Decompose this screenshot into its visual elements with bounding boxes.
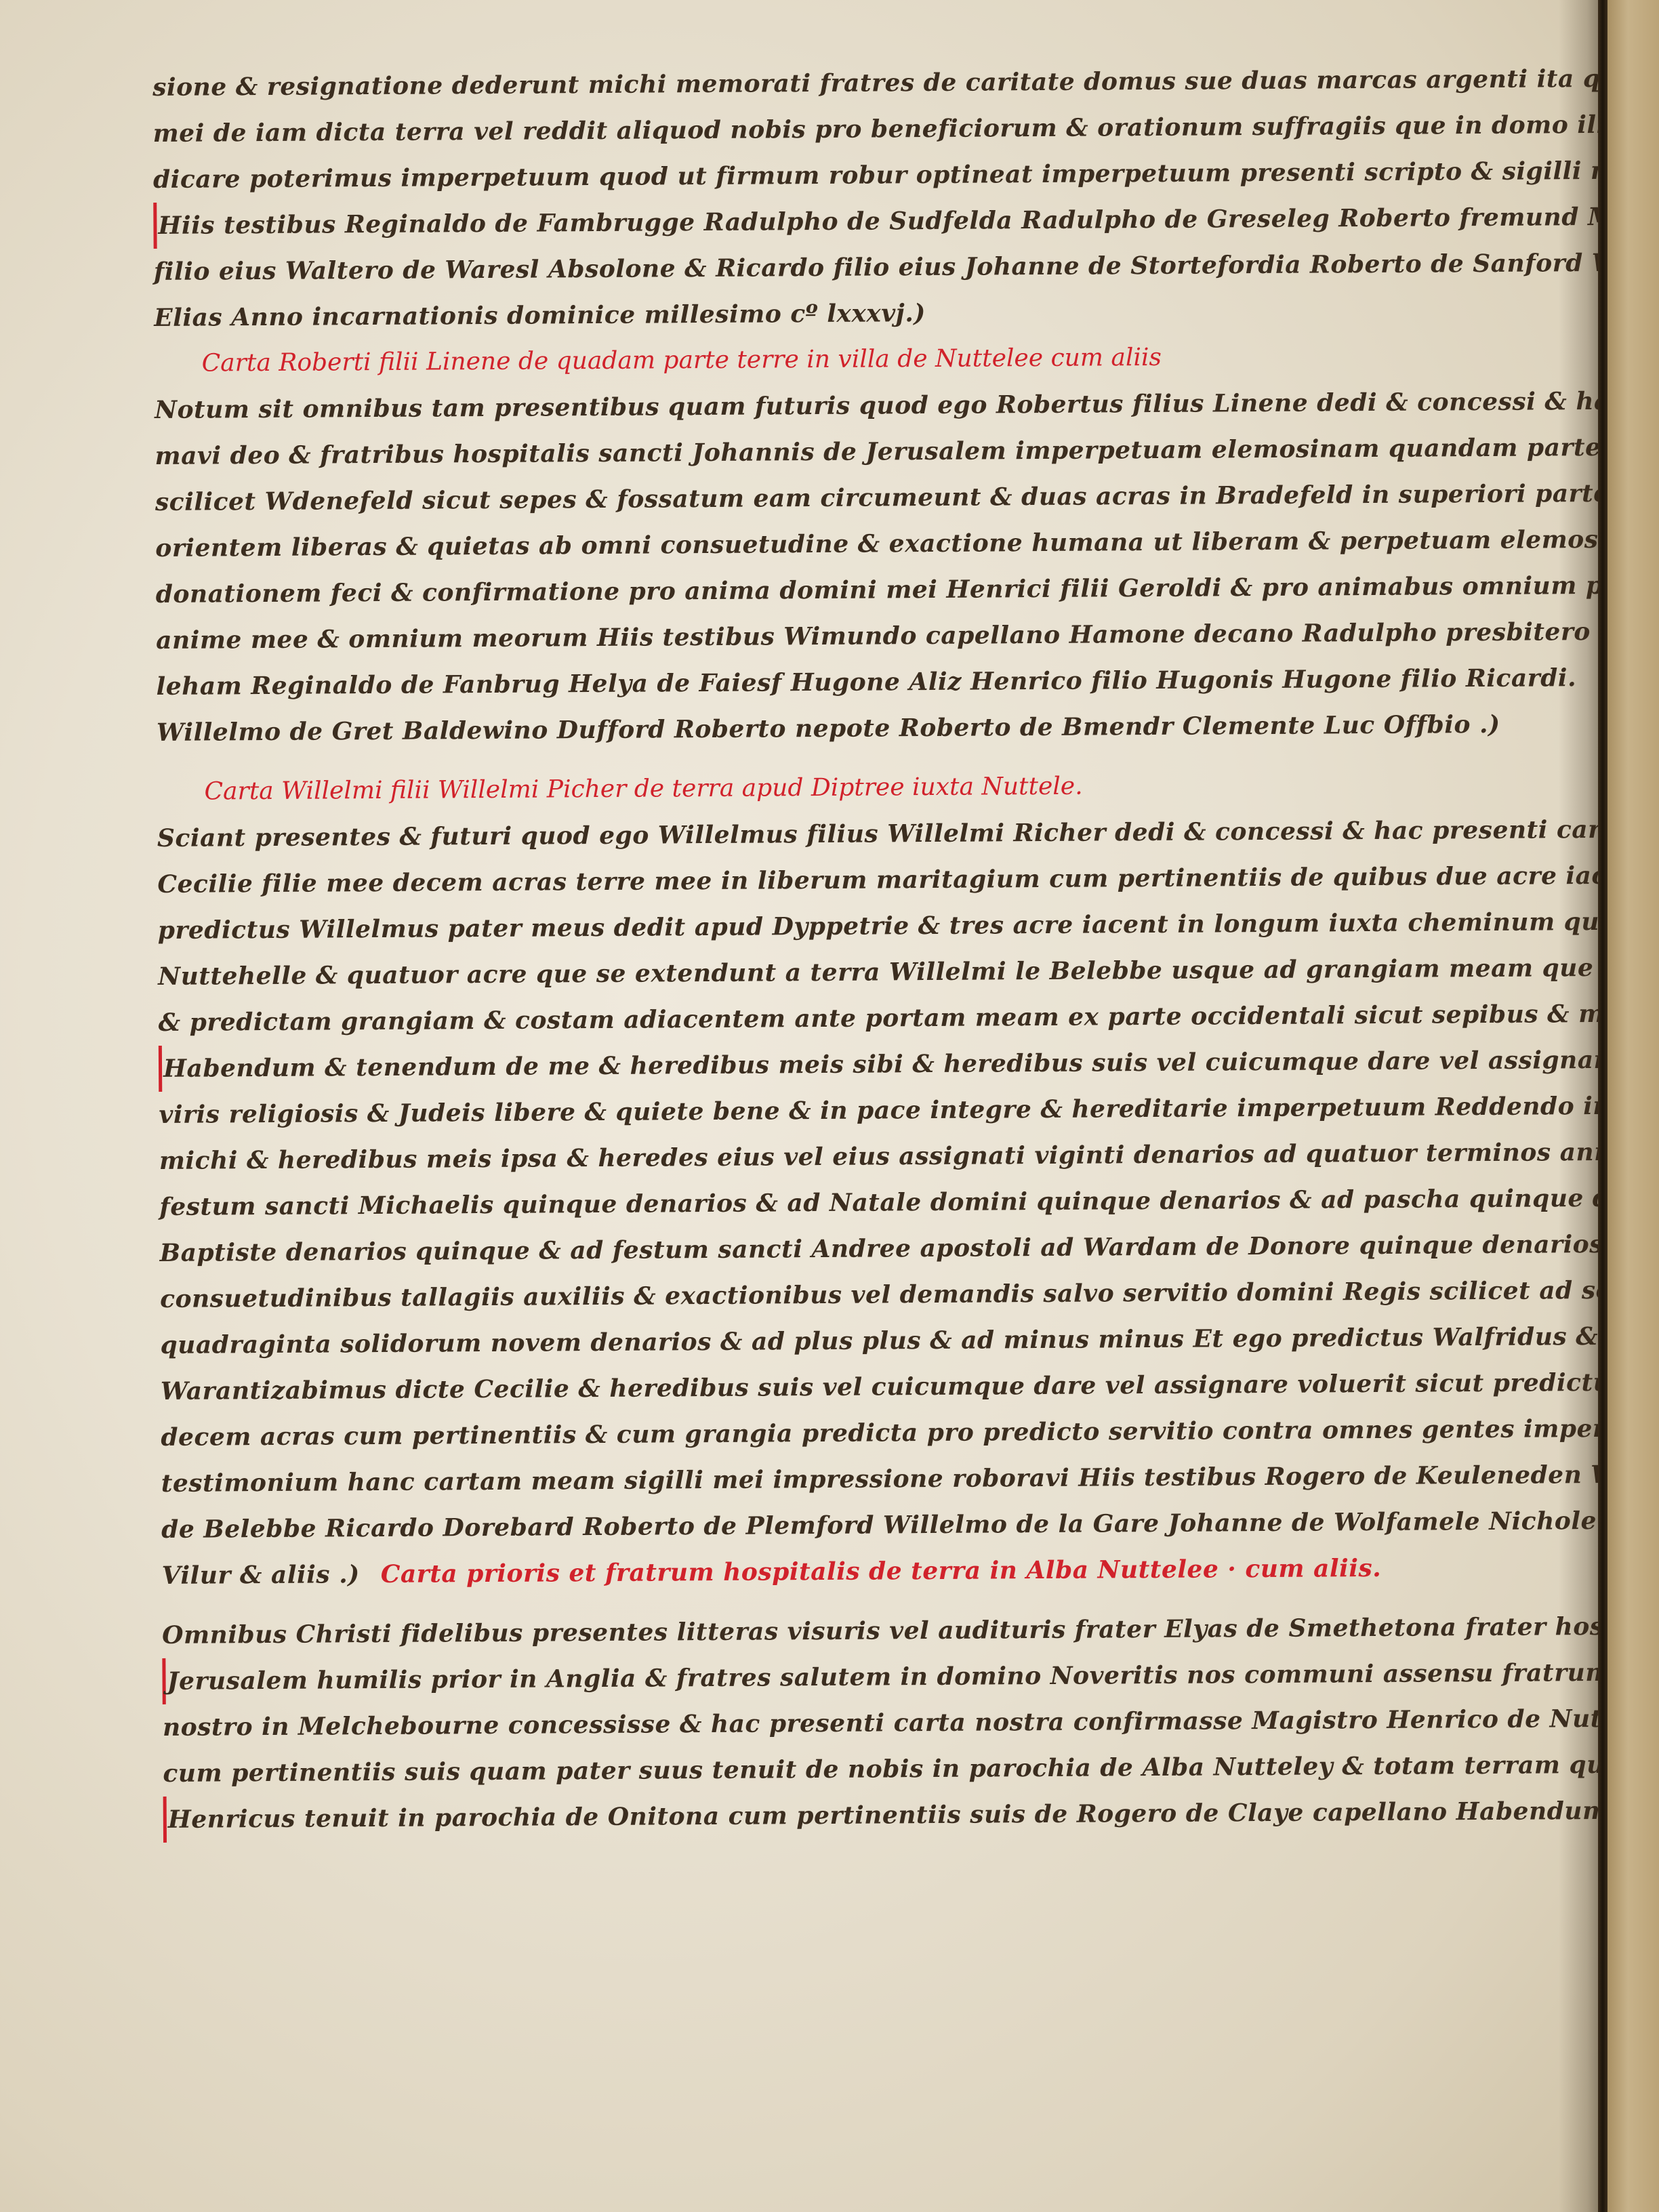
text-line: Notum sit omnibus tam presentibus quam f… — [155, 378, 1551, 433]
text-line: leham Reginaldo de Fanbrug Helya de Faie… — [156, 655, 1552, 710]
text-line-end: Vilur & aliis .) — [161, 1560, 359, 1590]
text-line: Vilur & aliis .) Carta prioris et fratru… — [161, 1544, 1557, 1599]
text-line: Omnibus Christi fidelibus presentes litt… — [162, 1603, 1558, 1658]
text-line: Nuttehelle & quatuor acre que se extendu… — [158, 945, 1554, 1000]
text-line: donationem feci & confirmatione pro anim… — [156, 562, 1552, 617]
text-line: dicare poterimus imperpetuum quod ut fir… — [153, 148, 1549, 203]
text-line: Baptiste denarios quinque & ad festum sa… — [160, 1221, 1556, 1276]
book-gutter — [1598, 0, 1607, 2212]
text-line: cum pertinentiis suis quam pater suus te… — [163, 1742, 1559, 1797]
text-line: nostro in Melchebourne concessisse & hac… — [163, 1696, 1559, 1750]
facing-page-edge — [1607, 0, 1659, 2212]
text-line: Sciant presentes & futuri quod ego Wille… — [157, 806, 1553, 861]
text-block: sione & resignatione dederunt michi memo… — [152, 56, 1559, 1843]
text-line: & predictam grangiam & costam adiacentem… — [158, 991, 1554, 1046]
carryover-text: sione & resignatione dederunt michi memo… — [152, 56, 1550, 341]
manuscript-leaf: sione & resignatione dederunt michi memo… — [0, 0, 1606, 2212]
text-line: mavi deo & fratribus hospitalis sancti J… — [155, 424, 1551, 479]
text-line: anime mee & omnium meorum Hiis testibus … — [156, 609, 1552, 663]
charter-1: Carta Roberti filii Linene de quadam par… — [154, 332, 1553, 756]
text-line: consuetudinibus tallagiis auxiliis & exa… — [160, 1267, 1556, 1322]
text-line: Willelmo de Gret Baldewino Dufford Rober… — [157, 701, 1553, 756]
text-line: Warantizabimus dicte Cecilie & heredibus… — [161, 1359, 1557, 1414]
text-line: festum sancti Michaelis quinque denarios… — [159, 1175, 1555, 1230]
text-line: filio eius Waltero de Waresl Absolone & … — [154, 240, 1550, 295]
text-line: quadraginta solidorum novem denarios & a… — [160, 1313, 1556, 1368]
text-line: orientem liberas & quietas ab omni consu… — [155, 516, 1551, 571]
text-line: Elias Anno incarnationis dominice milles… — [154, 286, 1550, 341]
text-line: testimonium hanc cartam meam sigilli mei… — [161, 1452, 1557, 1507]
text-line: mei de iam dicta terra vel reddit aliquo… — [152, 102, 1549, 157]
text-line: decem acras cum pertinentiis & cum grang… — [161, 1406, 1557, 1460]
text-line: de Belebbe Ricardo Dorebard Roberto de P… — [161, 1498, 1557, 1553]
text-line: Hiis testibus Reginaldo de Fambrugge Rad… — [153, 194, 1549, 249]
text-line: Jerusalem humilis prior in Anglia & frat… — [162, 1650, 1558, 1704]
text-line: viris religiosis & Judeis libere & quiet… — [159, 1083, 1555, 1138]
text-line: sione & resignatione dederunt michi memo… — [152, 56, 1549, 110]
text-line: predictus Willelmus pater meus dedit apu… — [158, 899, 1554, 954]
rubric-heading: Carta Willelmi filii Willelmi Picher de … — [157, 760, 1553, 815]
text-line: michi & heredibus meis ipsa & heredes ei… — [159, 1129, 1555, 1184]
text-line: Habendum & tenendum de me & heredibus me… — [159, 1037, 1555, 1092]
rubric-heading: Carta Roberti filii Linene de quadam par… — [154, 332, 1550, 387]
charter-3: Omnibus Christi fidelibus presentes litt… — [162, 1603, 1559, 1843]
text-line: Henricus tenuit in parochia de Onitona c… — [163, 1788, 1559, 1843]
charter-2: Carta Willelmi filii Willelmi Picher de … — [157, 760, 1557, 1599]
text-line: Cecilie filie mee decem acras terre mee … — [157, 853, 1553, 907]
rubric-heading: Carta prioris et fratrum hospitalis de t… — [381, 1554, 1382, 1589]
text-line: scilicet Wdenefeld sicut sepes & fossatu… — [155, 470, 1551, 525]
